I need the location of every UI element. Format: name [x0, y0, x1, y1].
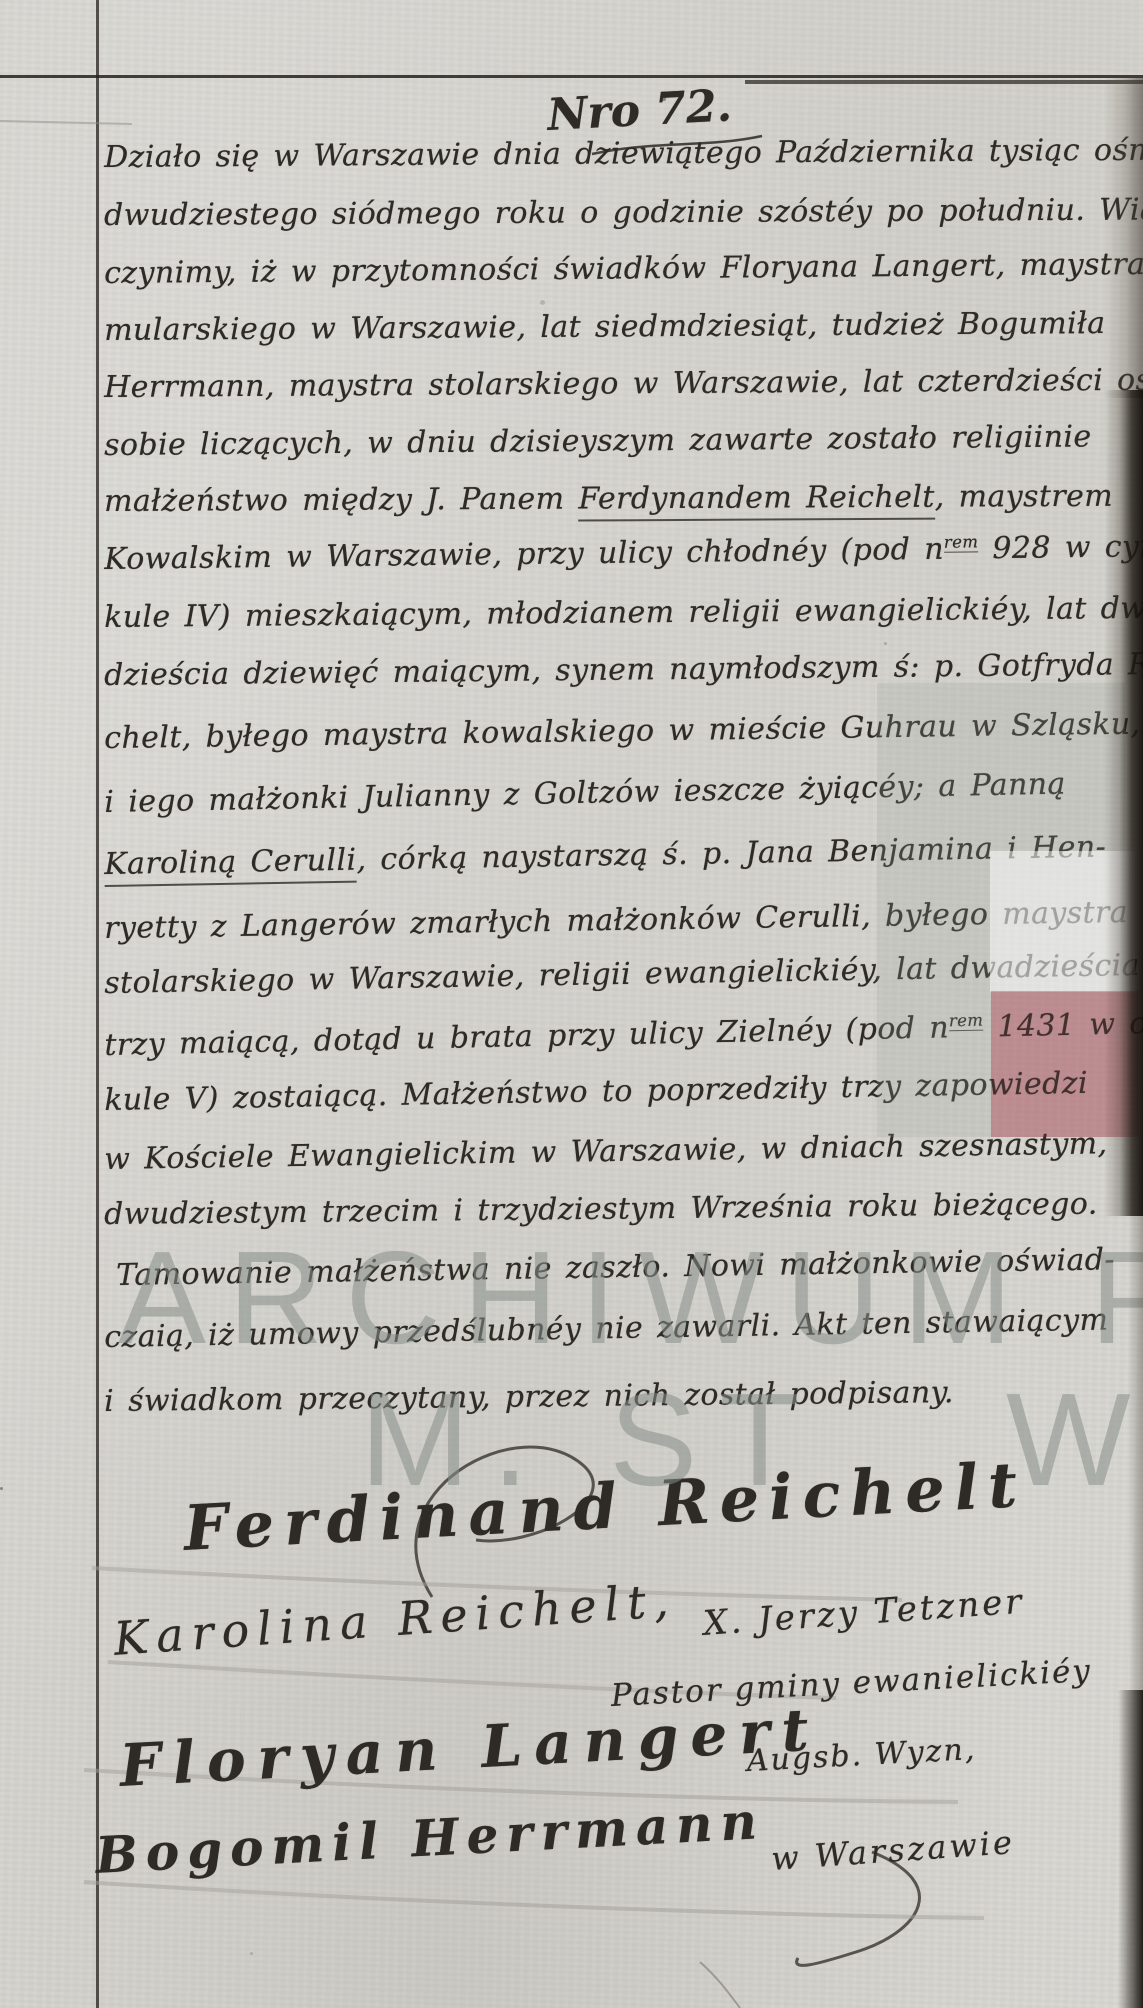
superscript-abbrev: rem — [944, 532, 979, 552]
manuscript-line-4: mularskiego w Warszawie, lat siedmdziesi… — [104, 306, 1106, 348]
line-text: mularskiego w Warszawie, lat siedmdziesi… — [104, 306, 1106, 348]
line-text: , maystrem — [935, 479, 1114, 515]
ink-speck — [662, 97, 666, 101]
page-edge-shadow — [1104, 78, 1143, 398]
page-edge-shadow — [1104, 390, 1143, 1216]
watermark-text-row2_tail: WA — [1006, 1364, 1143, 1515]
manuscript-line-7: małżeństwo między J. Panem Ferdynandem R… — [104, 479, 1113, 519]
line-text: Działo się w Warszawie dnia dziewiątego … — [104, 132, 1143, 175]
page-edge-shadow — [1118, 1690, 1143, 2008]
underlined-name: Karoliną Cerulli — [104, 843, 357, 887]
manuscript-line-2: dwudziestego siódmego roku o godzinie sz… — [104, 192, 1143, 233]
line-text: Herrmann, maystra stolarskiego w Warszaw… — [104, 362, 1143, 405]
watermark-text-row2: M. ST — [360, 1364, 822, 1515]
manuscript-line-1: Działo się w Warszawie dnia dziewiątego … — [104, 132, 1143, 175]
faint-margin-line — [0, 121, 132, 124]
bottom-stray-mark — [700, 1962, 740, 2008]
ink-speck — [0, 1487, 3, 1490]
pencil-line — [84, 1882, 984, 1918]
watermark-text-row1: ARCHIWUM — [118, 1222, 1035, 1373]
manuscript-line-5: Herrmann, maystra stolarskiego w Warszaw… — [104, 362, 1143, 405]
line-text: dwudziestego siódmego roku o godzinie sz… — [104, 192, 1143, 233]
line-text: małżeństwo między J. Panem — [104, 482, 578, 519]
ink-speck — [884, 642, 887, 645]
ink-speck — [540, 300, 545, 305]
underlined-name: Ferdynandem Reichelt — [578, 480, 935, 522]
ink-speck — [250, 1952, 253, 1955]
record-number: Nro 72. — [546, 80, 733, 141]
archival-document-scan: Nro 72. Działo się w Warszawie dnia dzie… — [0, 0, 1143, 2008]
page-edge-shadow — [1128, 1216, 1143, 1690]
